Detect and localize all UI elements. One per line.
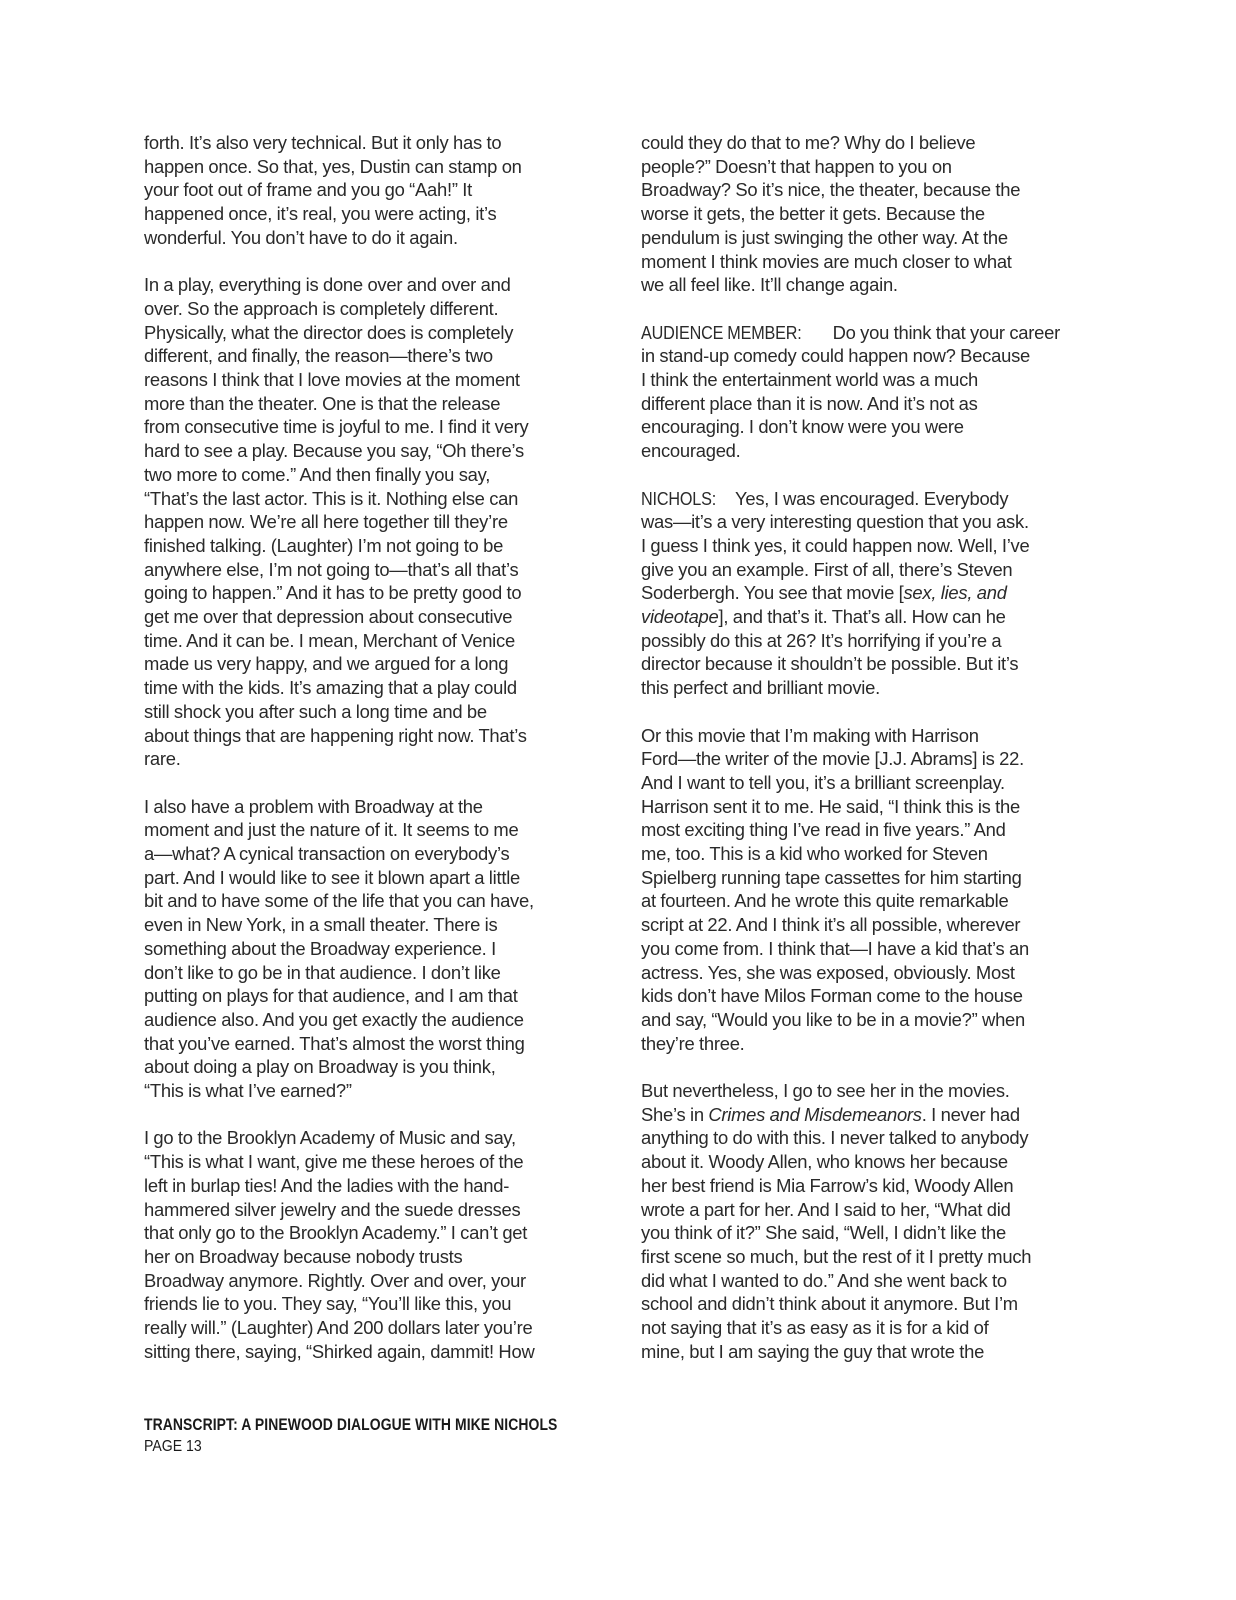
paragraph: I go to the Brooklyn Academy of Music an…	[144, 1126, 576, 1363]
text-line: I think the entertainment world was a mu…	[641, 368, 1077, 392]
text-line: give you an example. First of all, there…	[641, 558, 1077, 582]
text-line: “This is what I want, give me these hero…	[144, 1150, 576, 1174]
film-title: Crimes and Misdemeanors	[708, 1104, 921, 1125]
text-line: most exciting thing I’ve read in five ye…	[641, 818, 1077, 842]
text-line: going to happen.” And it has to be prett…	[144, 581, 576, 605]
text-line: audience also. And you get exactly the a…	[144, 1008, 576, 1032]
text-line: putting on plays for that audience, and …	[144, 984, 576, 1008]
text-line: Broadway anymore. Rightly. Over and over…	[144, 1269, 576, 1293]
text-line: But nevertheless, I go to see her in the…	[641, 1079, 1077, 1103]
film-title: sex, lies, and	[903, 582, 1006, 603]
text-line: school and didn’t think about it anymore…	[641, 1292, 1077, 1316]
speaker-label: AUDIENCE MEMBER:	[641, 321, 802, 345]
text-line: I guess I think yes, it could happen now…	[641, 534, 1077, 558]
text-line: not saying that it’s as easy as it is fo…	[641, 1316, 1077, 1340]
page-number: PAGE 13	[144, 1436, 588, 1458]
page-footer: TRANSCRIPT: A PINEWOOD DIALOGUE WITH MIK…	[144, 1414, 648, 1458]
text-line: actress. Yes, she was exposed, obviously…	[641, 961, 1077, 985]
text-line: anywhere else, I’m not going to—that’s a…	[144, 558, 576, 582]
text-line: Spielberg running tape cassettes for him…	[641, 866, 1077, 890]
paragraph: I also have a problem with Broadway at t…	[144, 795, 576, 1103]
text-line: I also have a problem with Broadway at t…	[144, 795, 576, 819]
text-line: from consecutive time is joyful to me. I…	[144, 415, 576, 439]
text-line: script at 22. And I think it’s all possi…	[641, 913, 1077, 937]
text-line: director because it shouldn’t be possibl…	[641, 652, 1077, 676]
text-line: different, and finally, the reason—there…	[144, 344, 576, 368]
text-line: encouraged.	[641, 439, 1077, 463]
right-column: could they do that to me? Why do I belie…	[641, 131, 1077, 1387]
text-line: forth. It’s also very technical. But it …	[144, 131, 576, 155]
text-line: something about the Broadway experience.…	[144, 937, 576, 961]
paragraph: could they do that to me? Why do I belie…	[641, 131, 1077, 297]
text-line: you come from. I think that—I have a kid…	[641, 937, 1077, 961]
text-line: Or this movie that I’m making with Harri…	[641, 724, 1077, 748]
film-title: videotape	[641, 606, 719, 627]
text-line: that you’ve earned. That’s almost the wo…	[144, 1032, 576, 1056]
text-line: She’s in Crimes and Misdemeanors. I neve…	[641, 1103, 1077, 1127]
text-line: about it. Woody Allen, who knows her bec…	[641, 1150, 1077, 1174]
text-line: could they do that to me? Why do I belie…	[641, 131, 1077, 155]
text-line: Broadway? So it’s nice, the theater, bec…	[641, 178, 1077, 202]
text-line: time. And it can be. I mean, Merchant of…	[144, 629, 576, 653]
text-line: wrote a part for her. And I said to her,…	[641, 1198, 1077, 1222]
text-fragment: . I never had	[922, 1104, 1020, 1125]
text-line: finished talking. (Laughter) I’m not goi…	[144, 534, 576, 558]
paragraph: In a play, everything is done over and o…	[144, 273, 576, 771]
text-line: bit and to have some of the life that yo…	[144, 889, 576, 913]
text-line: was—it’s a very interesting question tha…	[641, 510, 1077, 534]
text-line: reasons I think that I love movies at th…	[144, 368, 576, 392]
text-line: at fourteen. And he wrote this quite rem…	[641, 889, 1077, 913]
text-line: hammered silver jewelry and the suede dr…	[144, 1198, 576, 1222]
text-line: left in burlap ties! And the ladies with…	[144, 1174, 576, 1198]
text-line: worse it gets, the better it gets. Becau…	[641, 202, 1077, 226]
text-line: Harrison sent it to me. He said, “I thin…	[641, 795, 1077, 819]
text-line: possibly do this at 26? It’s horrifying …	[641, 629, 1077, 653]
text-line: sitting there, saying, “Shirked again, d…	[144, 1340, 576, 1364]
text-line: a—what? A cynical transaction on everybo…	[144, 842, 576, 866]
text-fragment: ], and that’s it. That’s all. How can he	[719, 606, 1006, 627]
text-line: happen once. So that, yes, Dustin can st…	[144, 155, 576, 179]
text-line: “That’s the last actor. This is it. Noth…	[144, 487, 576, 511]
text-line: happened once, it’s real, you were actin…	[144, 202, 576, 226]
text-line: In a play, everything is done over and o…	[144, 273, 576, 297]
text-line: I go to the Brooklyn Academy of Music an…	[144, 1126, 576, 1150]
text-fragment: Do you think that your career	[823, 322, 1060, 343]
text-line: pendulum is just swinging the other way.…	[641, 226, 1077, 250]
text-line: get me over that depression about consec…	[144, 605, 576, 629]
text-line: your foot out of frame and you go “Aah!”…	[144, 178, 576, 202]
text-line: happen now. We’re all here together till…	[144, 510, 576, 534]
document-page: forth. It’s also very technical. But it …	[0, 0, 1236, 1600]
text-line: that only go to the Brooklyn Academy.” I…	[144, 1221, 576, 1245]
text-line: we all feel like. It’ll change again.	[641, 273, 1077, 297]
text-line: about things that are happening right no…	[144, 724, 576, 748]
text-line: videotape], and that’s it. That’s all. H…	[641, 605, 1077, 629]
paragraph: forth. It’s also very technical. But it …	[144, 131, 576, 250]
text-line: moment and just the nature of it. It see…	[144, 818, 576, 842]
text-line: me, too. This is a kid who worked for St…	[641, 842, 1077, 866]
text-line: part. And I would like to see it blown a…	[144, 866, 576, 890]
left-column: forth. It’s also very technical. But it …	[144, 131, 576, 1387]
text-line: Physically, what the director does is co…	[144, 321, 576, 345]
text-line: people?” Doesn’t that happen to you on	[641, 155, 1077, 179]
text-line: NICHOLS: Yes, I was encouraged. Everybod…	[641, 487, 1077, 511]
paragraph: Or this movie that I’m making with Harri…	[641, 724, 1077, 1056]
text-line: kids don’t have Milos Forman come to the…	[641, 984, 1077, 1008]
text-line: did what I wanted to do.” And she went b…	[641, 1269, 1077, 1293]
text-line: her best friend is Mia Farrow’s kid, Woo…	[641, 1174, 1077, 1198]
speaker-label: NICHOLS:	[641, 487, 716, 511]
text-line: wonderful. You don’t have to do it again…	[144, 226, 576, 250]
text-line: And I want to tell you, it’s a brilliant…	[641, 771, 1077, 795]
nichols-answer-paragraph: NICHOLS: Yes, I was encouraged. Everybod…	[641, 487, 1077, 700]
text-line: “This is what I’ve earned?”	[144, 1079, 576, 1103]
text-line: about doing a play on Broadway is you th…	[144, 1055, 576, 1079]
text-line: still shock you after such a long time a…	[144, 700, 576, 724]
text-line: over. So the approach is completely diff…	[144, 297, 576, 321]
text-line: hard to see a play. Because you say, “Oh…	[144, 439, 576, 463]
text-line: mine, but I am saying the guy that wrote…	[641, 1340, 1077, 1364]
text-line: you think of it?” She said, “Well, I did…	[641, 1221, 1077, 1245]
text-line: don’t like to go be in that audience. I …	[144, 961, 576, 985]
text-line: in stand-up comedy could happen now? Bec…	[641, 344, 1077, 368]
text-line: more than the theater. One is that the r…	[144, 392, 576, 416]
paragraph: But nevertheless, I go to see her in the…	[641, 1079, 1077, 1363]
text-line: her on Broadway because nobody trusts	[144, 1245, 576, 1269]
text-line: Ford—the writer of the movie [J.J. Abram…	[641, 747, 1077, 771]
text-line: really will.” (Laughter) And 200 dollars…	[144, 1316, 576, 1340]
text-line: AUDIENCE MEMBER: Do you think that your …	[641, 321, 1077, 345]
text-fragment: Soderbergh. You see that movie [	[641, 582, 903, 603]
text-line: even in New York, in a small theater. Th…	[144, 913, 576, 937]
text-line: two more to come.” And then finally you …	[144, 463, 576, 487]
footer-title: TRANSCRIPT: A PINEWOOD DIALOGUE WITH MIK…	[144, 1414, 557, 1436]
audience-question-paragraph: AUDIENCE MEMBER: Do you think that your …	[641, 321, 1077, 463]
text-line: made us very happy, and we argued for a …	[144, 652, 576, 676]
text-line: and say, “Would you like to be in a movi…	[641, 1008, 1077, 1032]
text-line: encouraging. I don’t know were you were	[641, 415, 1077, 439]
text-line: first scene so much, but the rest of it …	[641, 1245, 1077, 1269]
text-line: rare.	[144, 747, 576, 771]
text-line: Soderbergh. You see that movie [sex, lie…	[641, 581, 1077, 605]
text-line: they’re three.	[641, 1032, 1077, 1056]
text-line: time with the kids. It’s amazing that a …	[144, 676, 576, 700]
text-line: friends lie to you. They say, “You’ll li…	[144, 1292, 576, 1316]
text-fragment: She’s in	[641, 1104, 708, 1125]
text-line: this perfect and brilliant movie.	[641, 676, 1077, 700]
text-line: anything to do with this. I never talked…	[641, 1126, 1077, 1150]
text-line: different place than it is now. And it’s…	[641, 392, 1077, 416]
text-line: moment I think movies are much closer to…	[641, 250, 1077, 274]
text-fragment: Yes, I was encouraged. Everybody	[726, 488, 1008, 509]
